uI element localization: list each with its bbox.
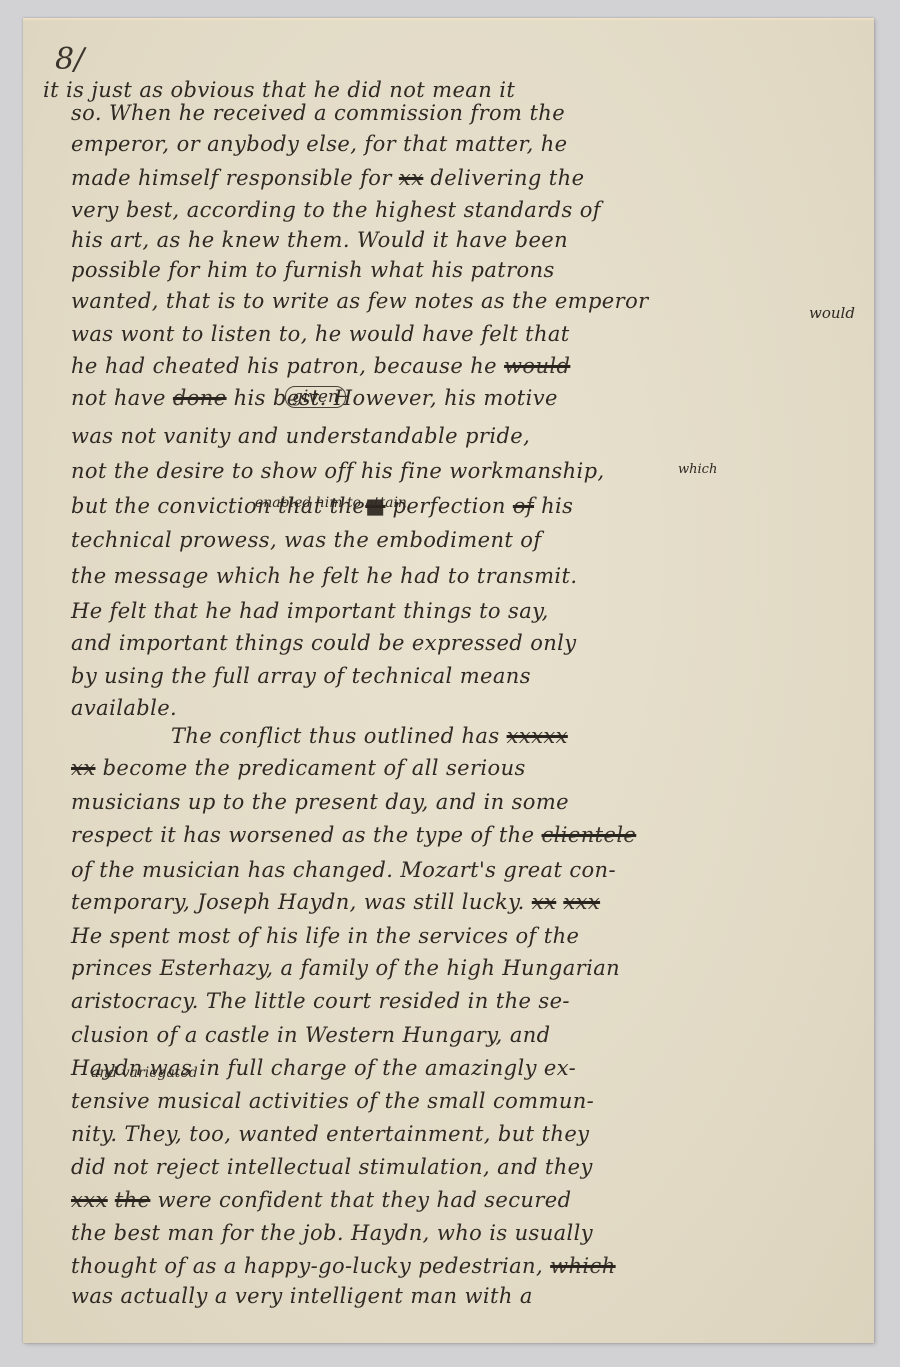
- manuscript-line: not the desire to show off his fine work…: [71, 461, 605, 482]
- manuscript-line: respect it has worsened as the type of t…: [71, 825, 636, 846]
- manuscript-line: xxx the were confident that they had sec…: [71, 1190, 571, 1211]
- manuscript-line: He felt that he had important things to …: [71, 601, 549, 622]
- manuscript-line: The conflict thus outlined has xxxxx: [171, 726, 568, 747]
- line-text: possible for him to furnish what his pat…: [71, 258, 555, 282]
- struck-out-word: the: [115, 1188, 151, 1212]
- line-text: delivering the: [423, 166, 584, 190]
- struck-out-word: xx: [399, 166, 424, 190]
- line-text: The conflict thus outlined has: [171, 724, 507, 748]
- struck-out-word: xxx: [71, 1188, 108, 1212]
- manuscript-line: possible for him to furnish what his pat…: [71, 260, 555, 281]
- manuscript-line: xx become the predicament of all serious: [71, 758, 526, 779]
- struck-out-word: which: [550, 1254, 616, 1278]
- line-text: so. When he received a commission from t…: [71, 101, 565, 125]
- insertion-which: which: [678, 462, 717, 477]
- struck-out-word: clientele: [542, 823, 637, 847]
- line-text: his best. However, his motive: [227, 386, 558, 410]
- line-text: thought of as a happy-go-lucky pedestria…: [71, 1254, 550, 1278]
- line-text: temporary, Joseph Haydn, was still lucky…: [71, 890, 532, 914]
- line-text: technical prowess, was the embodiment of: [71, 528, 542, 552]
- line-text: He spent most of his life in the service…: [71, 924, 579, 948]
- struck-out-word: xx: [71, 756, 96, 780]
- manuscript-line: emperor, or anybody else, for that matte…: [71, 134, 568, 155]
- manuscript-line: he had cheated his patron, because he wo…: [71, 356, 570, 377]
- manuscript-line: and important things could be expressed …: [71, 633, 577, 654]
- manuscript-line: nity. They, too, wanted entertainment, b…: [71, 1124, 589, 1145]
- line-text: not the desire to show off his fine work…: [71, 459, 605, 483]
- manuscript-line: did not reject intellectual stimulation,…: [71, 1157, 593, 1178]
- manuscript-line: his art, as he knew them. Would it have …: [71, 230, 568, 251]
- line-text: the best man for the job. Haydn, who is …: [71, 1221, 593, 1245]
- line-text: aristocracy. The little court resided in…: [71, 989, 570, 1013]
- struck-out-word: xxx: [563, 890, 600, 914]
- manuscript-line: He spent most of his life in the service…: [71, 926, 579, 947]
- line-text: He felt that he had important things to …: [71, 599, 549, 623]
- line-text: and important things could be expressed …: [71, 631, 577, 655]
- line-text: of the musician has changed. Mozart's gr…: [71, 858, 616, 882]
- manuscript-line: thought of as a happy-go-lucky pedestria…: [71, 1256, 616, 1277]
- line-text: princes Esterhazy, a family of the high …: [71, 956, 620, 980]
- struck-out-word: of: [513, 494, 534, 518]
- manuscript-line: was not vanity and understandable pride,: [71, 426, 530, 447]
- manuscript-line: wanted, that is to write as few notes as…: [71, 291, 649, 312]
- insertion-and-variegated: and variegated: [91, 1065, 198, 1081]
- line-text: was actually a very intelligent man with…: [71, 1284, 533, 1308]
- manuscript-line: it is just as obvious that he did not me…: [43, 80, 515, 101]
- manuscript-line: musicians up to the present day, and in …: [71, 792, 569, 813]
- insertion-would: would: [809, 304, 855, 322]
- manuscript-line: princes Esterhazy, a family of the high …: [71, 958, 620, 979]
- line-text: was not vanity and understandable pride,: [71, 424, 530, 448]
- manuscript-line: very best, according to the highest stan…: [71, 200, 601, 221]
- manuscript-line: clusion of a castle in Western Hungary, …: [71, 1025, 551, 1046]
- struck-out-word: done: [173, 386, 227, 410]
- manuscript-line: the best man for the job. Haydn, who is …: [71, 1223, 593, 1244]
- manuscript-line: was wont to listen to, he would have fel…: [71, 324, 570, 345]
- line-text: it is just as obvious that he did not me…: [43, 78, 515, 102]
- line-text: respect it has worsened as the type of t…: [71, 823, 542, 847]
- line-text: by using the full array of technical mea…: [71, 664, 531, 688]
- line-text: very best, according to the highest stan…: [71, 198, 601, 222]
- line-text: made himself responsible for: [71, 166, 399, 190]
- line-text: nity. They, too, wanted entertainment, b…: [71, 1122, 589, 1146]
- struck-out-word: would: [504, 354, 570, 378]
- line-text: he had cheated his patron, because he: [71, 354, 504, 378]
- manuscript-line: the message which he felt he had to tran…: [71, 566, 577, 587]
- insertion-enabled-him-to-attain: enabled him to attain: [255, 495, 407, 511]
- line-text: tensive musical activities of the small …: [71, 1089, 594, 1113]
- line-text: musicians up to the present day, and in …: [71, 790, 569, 814]
- line-text: available.: [71, 696, 177, 720]
- manuscript-line: aristocracy. The little court resided in…: [71, 991, 570, 1012]
- line-text: emperor, or anybody else, for that matte…: [71, 132, 568, 156]
- line-text: were confident that they had secured: [150, 1188, 571, 1212]
- line-text: [108, 1188, 115, 1212]
- manuscript-line: tensive musical activities of the small …: [71, 1091, 594, 1112]
- line-text: not have: [71, 386, 173, 410]
- struck-out-word: xxxxx: [507, 724, 568, 748]
- line-text: was wont to listen to, he would have fel…: [71, 322, 570, 346]
- line-text: the message which he felt he had to tran…: [71, 564, 577, 588]
- insertion-given-boxed: given: [285, 386, 346, 408]
- manuscript-line: technical prowess, was the embodiment of: [71, 530, 542, 551]
- line-text: his: [534, 494, 573, 518]
- manuscript-line: available.: [71, 698, 177, 719]
- line-text: did not reject intellectual stimulation,…: [71, 1155, 593, 1179]
- struck-out-word: xx: [532, 890, 557, 914]
- manuscript-line: so. When he received a commission from t…: [71, 103, 565, 124]
- line-text: wanted, that is to write as few notes as…: [71, 289, 649, 313]
- line-text: clusion of a castle in Western Hungary, …: [71, 1023, 551, 1047]
- manuscript-page: 8/ it is just as obvious that he did not…: [23, 18, 874, 1343]
- manuscript-line: made himself responsible for xx deliveri…: [71, 168, 584, 189]
- manuscript-line: temporary, Joseph Haydn, was still lucky…: [71, 892, 600, 913]
- line-text: his art, as he knew them. Would it have …: [71, 228, 568, 252]
- line-text: become the predicament of all serious: [96, 756, 526, 780]
- manuscript-line: by using the full array of technical mea…: [71, 666, 531, 687]
- page-number: 8/: [55, 42, 84, 77]
- manuscript-line: of the musician has changed. Mozart's gr…: [71, 860, 616, 881]
- manuscript-line: was actually a very intelligent man with…: [71, 1286, 533, 1307]
